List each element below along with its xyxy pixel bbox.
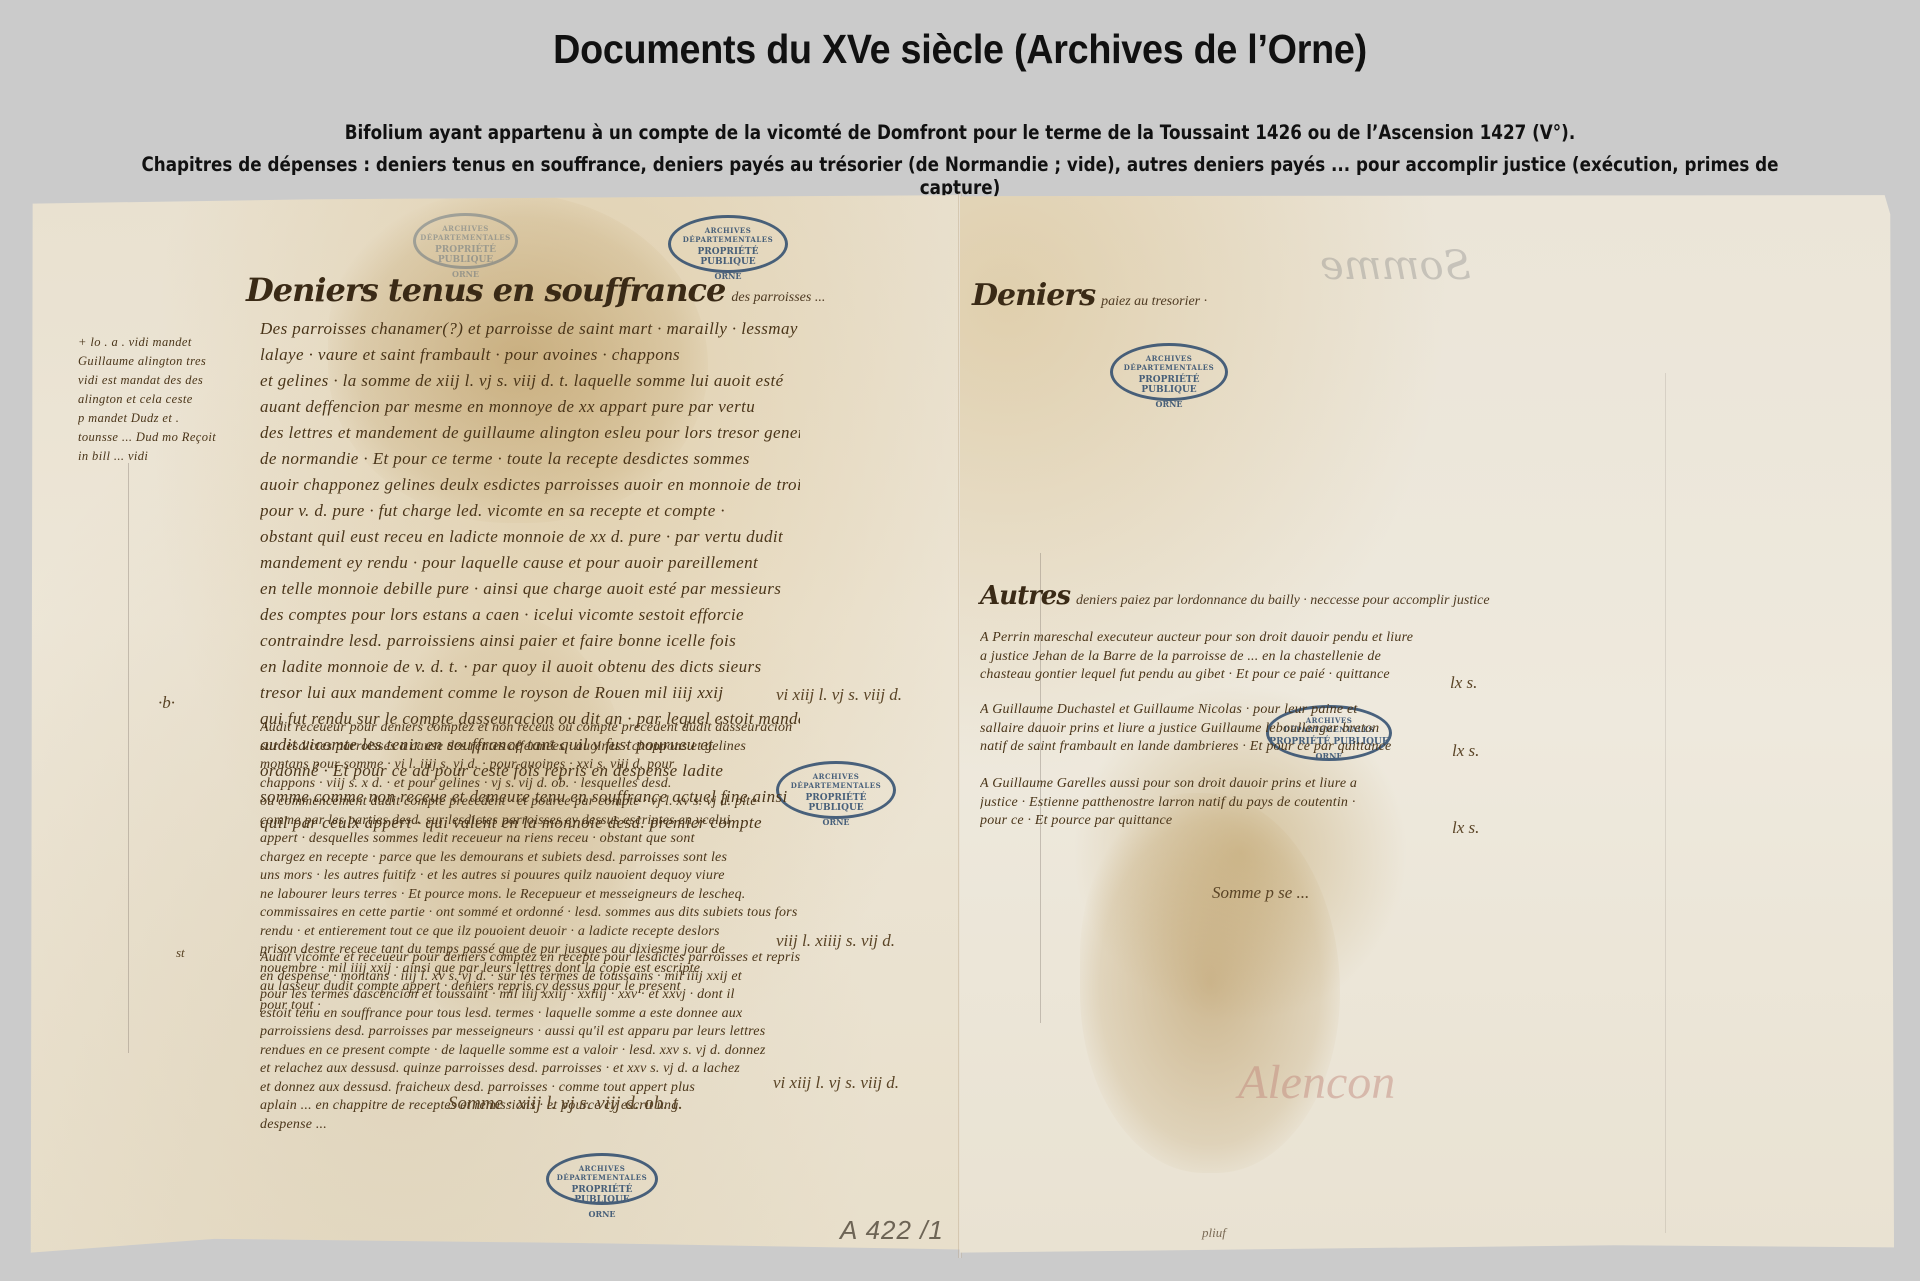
subtitle-description: Bifolium ayant appartenu à un compte de …	[134, 121, 1785, 144]
chapter-heading-autres: Autresdeniers paiez par lordonnance du b…	[980, 581, 1490, 611]
right-folio: Somme ARCHIVES DÉPARTEMENTALES PROPRIÉTÉ…	[960, 193, 1894, 1258]
expense-entry: A Guillaume Garelles aussi pour son droi…	[980, 777, 1357, 833]
water-stain	[1080, 793, 1340, 1173]
margin-mark: ·b·	[158, 693, 175, 713]
archive-stamp-faded: ARCHIVES DÉPARTEMENTALES PROPRIÉTÉ PUBLI…	[413, 213, 518, 269]
manuscript-bifolium: ARCHIVES DÉPARTEMENTALES PROPRIÉTÉ PUBLI…	[28, 193, 1894, 1258]
sum-paragraph-1: vi xiij l. vj s. viij d.	[776, 685, 902, 705]
archive-stamp: ARCHIVES DÉPARTEMENTALES PROPRIÉTÉ PUBLI…	[668, 215, 788, 273]
faint-marginal-writing: Alencon	[1238, 1055, 1395, 1110]
bottom-mark: pliuf	[1202, 1225, 1226, 1241]
page-total: Somme p se ...	[1212, 883, 1309, 903]
margin-ruling-line	[128, 463, 129, 1053]
expense-amount: lx s.	[1450, 673, 1477, 693]
expense-amount: lx s.	[1452, 818, 1479, 838]
archive-stamp: ARCHIVES DÉPARTEMENTALES PROPRIÉTÉ PUBLI…	[1110, 343, 1228, 401]
show-through-text: Somme	[1320, 243, 1471, 289]
chapter-heading-tresorier: Denierspaiez au tresorier ·	[972, 278, 1207, 313]
margin-ruling-line	[1665, 373, 1666, 1233]
sum-paragraph-2: viij l. xiiij s. vij d.	[776, 931, 895, 951]
marginal-annotation: + lo . a . vidi mandet Guillaume alingto…	[78, 336, 216, 469]
chapter-heading-souffrance: Deniers tenus en souffrancedes parroisse…	[246, 271, 825, 309]
expense-entry: A Guillaume Duchastel et Guillaume Nicol…	[980, 703, 1391, 759]
margin-mark: st	[176, 945, 185, 961]
archive-stamp: ARCHIVES DÉPARTEMENTALES PROPRIÉTÉ PUBLI…	[546, 1153, 658, 1205]
page-title: Documents du XVe siècle (Archives de l’O…	[77, 26, 1843, 73]
expense-entry: A Perrin mareschal executeur aucteur pou…	[980, 631, 1413, 687]
page-total: Somme · xiij l. vj s. viij d. ob. t.	[448, 1093, 683, 1115]
sum-paragraph-3: vi xiij l. vj s. viij d.	[773, 1073, 899, 1093]
catalog-number: A 422 /1	[840, 1215, 944, 1246]
expense-amount: lx s.	[1452, 741, 1479, 761]
left-folio: ARCHIVES DÉPARTEMENTALES PROPRIÉTÉ PUBLI…	[28, 193, 960, 1258]
